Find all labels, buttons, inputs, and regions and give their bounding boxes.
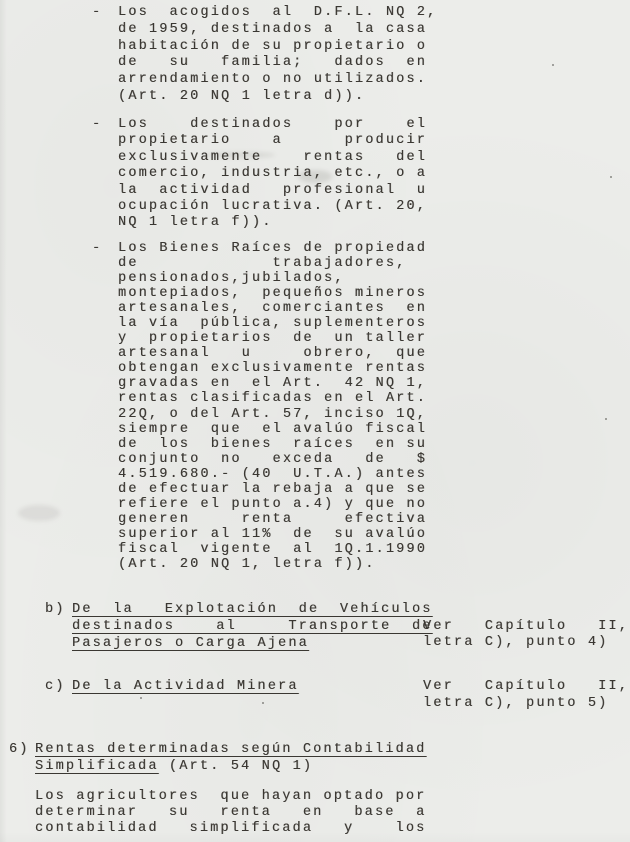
text-line: Los acogidos al D.F.L. NQ 2, — [118, 5, 437, 22]
text-line: superior al 11% de su avalúo — [118, 527, 427, 542]
text-line: arrendamiento o no utilizados. — [118, 72, 437, 89]
text-line: propietario a producir — [118, 133, 427, 149]
paragraph: Los agricultores que hayan optado pordet… — [35, 789, 426, 837]
text-line: De la Actividad Minera — [72, 678, 299, 695]
text-line: habitación de su propietario o — [118, 39, 437, 56]
text-line: artesanales, comerciantes en — [118, 301, 427, 316]
paper-speck — [552, 64, 554, 66]
text-line: Ver Capítulo II, — [423, 678, 629, 695]
paper-speck — [610, 176, 612, 178]
margin-note: Ver Capítulo II,letra C), punto 5) — [423, 678, 629, 712]
text-line: ocupación lucrativa. (Art. 20, — [118, 199, 427, 215]
heading-underlined-part: Simplificada — [35, 759, 159, 774]
text-line: de los bienes raíces en su — [118, 437, 427, 452]
ink-smudge — [205, 152, 275, 158]
bullet-dash: - — [92, 117, 102, 133]
pencil-smudge — [18, 505, 60, 521]
text-line: Simplificada (Art. 54 NQ 1) — [35, 758, 426, 775]
text-line: de efectuar la rebaja a que se — [118, 482, 427, 497]
bullet-paragraph: Los destinados por elpropietario a produ… — [118, 117, 427, 232]
text-line: conjunto no exceda de $ — [118, 452, 427, 467]
section-heading: De la Actividad Minera — [72, 678, 299, 695]
text-line: de trabajadores, — [118, 256, 427, 271]
text-line: de su familia; dados en — [118, 55, 437, 72]
text-line: de 1959, destinados a la casa — [118, 22, 437, 39]
bullet-paragraph: Los Bienes Raíces de propiedadde trabaja… — [118, 241, 427, 572]
text-line: Pasajeros o Carga Ajena — [72, 636, 433, 653]
text-line: 22Q, o del Art. 57, inciso 1Q, — [118, 407, 427, 422]
paper-speck — [605, 418, 607, 420]
bullet-dash: - — [92, 241, 102, 256]
paper-speck — [262, 702, 264, 704]
text-line: la actividad profesional u — [118, 183, 427, 199]
section-label: b) — [45, 602, 66, 619]
paper-speck — [140, 697, 142, 699]
document-page: - Los acogidos al D.F.L. NQ 2,de 1959, d… — [0, 0, 630, 842]
text-line: determinar su renta en base a — [35, 805, 426, 821]
text-line: pensionados,jubilados, — [118, 271, 427, 286]
text-line: y propietarios de un taller — [118, 331, 427, 346]
text-line: 4.519.680.- (40 U.T.A.) antes — [118, 467, 427, 482]
text-line: Rentas determinadas según Contabilidad — [35, 741, 426, 758]
text-line: Los destinados por el — [118, 117, 427, 133]
text-line: (Art. 20 NQ 1 letra d)). — [118, 89, 437, 106]
text-line: Los Bienes Raíces de propiedad — [118, 241, 427, 256]
text-line: NQ 1 letra f)). — [118, 215, 427, 231]
ink-smudge — [298, 170, 332, 183]
text-line: gravadas en el Art. 42 NQ 1, — [118, 376, 427, 391]
text-line: generen renta efectiva — [118, 512, 427, 527]
text-line: siempre que el avalúo fiscal — [118, 422, 427, 437]
text-line: comercio, industria, etc., o a — [118, 166, 427, 182]
text-line: rentas clasificadas en el Art. — [118, 391, 427, 406]
text-line: exclusivamente rentas del — [118, 150, 427, 166]
text-line: la vía pública, suplementeros — [118, 316, 427, 331]
text-line: artesanal u obrero, que — [118, 346, 427, 361]
text-line: destinados al Transporte de — [72, 619, 433, 636]
bullet-paragraph: Los acogidos al D.F.L. NQ 2,de 1959, des… — [118, 5, 437, 106]
text-line: contabilidad simplificada y los — [35, 821, 426, 837]
text-line: (Art. 20 NQ 1, letra f)). — [118, 557, 427, 572]
text-line: letra C), punto 4) — [423, 635, 629, 651]
text-line: montepiados, pequeños mineros — [118, 286, 427, 301]
text-line: De la Explotación de Vehículos — [72, 602, 433, 619]
text-line: refiere el punto a.4) y que no — [118, 497, 427, 512]
text-line: Los agricultores que hayan optado por — [35, 789, 426, 805]
section-label: 6) — [9, 741, 30, 758]
bullet-dash: - — [92, 5, 102, 22]
text-line: fiscal vigente al 1Q.1.1990 — [118, 542, 427, 557]
text-line: obtengan exclusivamente rentas — [118, 361, 427, 376]
text-line: Ver Capítulo II, — [423, 619, 629, 635]
section-label: c) — [45, 678, 66, 695]
section-heading: De la Explotación de Vehículosdestinados… — [72, 602, 433, 652]
heading-plain-part: (Art. 54 NQ 1) — [159, 759, 314, 774]
section-heading: Rentas determinadas según Contabilidad S… — [35, 741, 426, 776]
text-line: letra C), punto 5) — [423, 695, 629, 712]
margin-note: Ver Capítulo II,letra C), punto 4) — [423, 619, 629, 652]
